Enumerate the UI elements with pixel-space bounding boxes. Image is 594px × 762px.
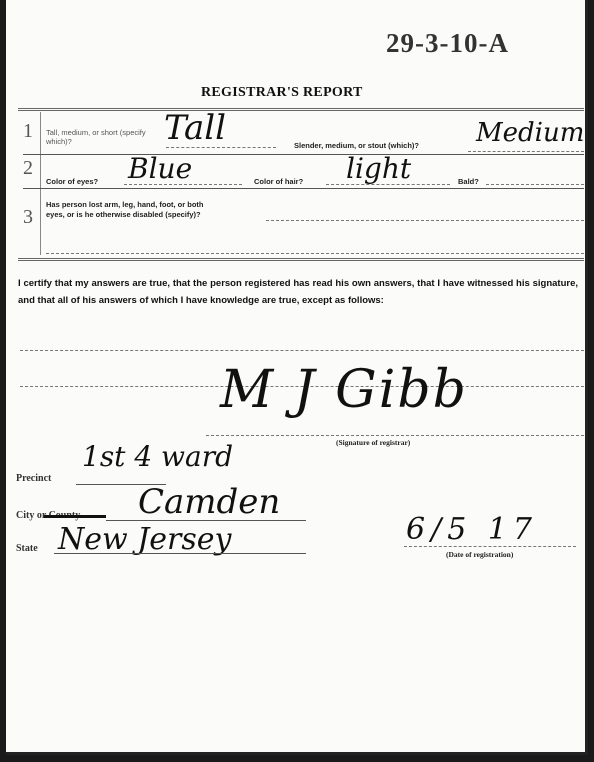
answer-eye-color-line <box>124 184 242 185</box>
registrars-report-card: 29-3-10-A REGISTRAR'S REPORT 1 Tall, med… <box>6 0 588 755</box>
row-number-2: 2 <box>23 157 33 180</box>
answer-height: Tall <box>164 108 226 148</box>
answer-hair-color-line <box>326 184 450 185</box>
document-title: REGISTRAR'S REPORT <box>201 85 363 101</box>
row-1-divider <box>23 154 584 155</box>
registration-date-line <box>404 546 576 547</box>
question-disability-line1: Has person lost arm, leg, hand, foot, or… <box>46 200 204 209</box>
state-value: New Jersey <box>58 522 231 557</box>
row-number-3: 3 <box>23 206 33 229</box>
city-line <box>106 520 306 521</box>
answer-build: Medium <box>476 118 584 148</box>
signature-line <box>206 435 584 436</box>
answer-hair-color: light <box>346 152 411 185</box>
question-hair-color-label: Color of hair? <box>254 177 303 186</box>
certification-text: I certify that my answers are true, that… <box>18 275 578 309</box>
city-value: Camden <box>138 482 280 522</box>
answer-disability-line <box>266 220 584 221</box>
registration-date-caption: (Date of registration) <box>446 550 513 559</box>
answer-height-line <box>166 147 276 148</box>
answer-build-line <box>468 151 584 152</box>
serial-number: 29-3-10-A <box>386 28 509 59</box>
exceptions-line-1 <box>20 350 584 351</box>
questions-bottom-rule <box>18 258 584 261</box>
top-rule <box>18 108 584 111</box>
question-eye-color-label: Color of eyes? <box>46 177 98 186</box>
row-number-1: 1 <box>23 120 33 143</box>
answer-bald-line <box>486 184 584 185</box>
question-bald-label: Bald? <box>458 177 479 186</box>
registration-date-value: 6/5 17 <box>406 512 538 547</box>
state-line <box>54 553 306 554</box>
number-column-divider <box>40 112 41 255</box>
precinct-value: 1st 4 ward <box>82 440 233 473</box>
answer-disability-line-2 <box>46 253 584 254</box>
question-height-label: Tall, medium, or short (specify which)? <box>46 128 166 146</box>
registrar-signature: M J Gibb <box>220 360 468 420</box>
state-label: State <box>16 543 38 554</box>
answer-eye-color: Blue <box>128 152 192 185</box>
signature-caption: (Signature of registrar) <box>336 438 410 447</box>
row-2-divider <box>23 188 584 189</box>
city-strikethrough <box>44 515 106 518</box>
precinct-label: Precinct <box>16 473 51 484</box>
question-build-label: Slender, medium, or stout (which)? <box>294 141 419 150</box>
question-disability-line2: eyes, or is he otherwise disabled (speci… <box>46 210 201 219</box>
